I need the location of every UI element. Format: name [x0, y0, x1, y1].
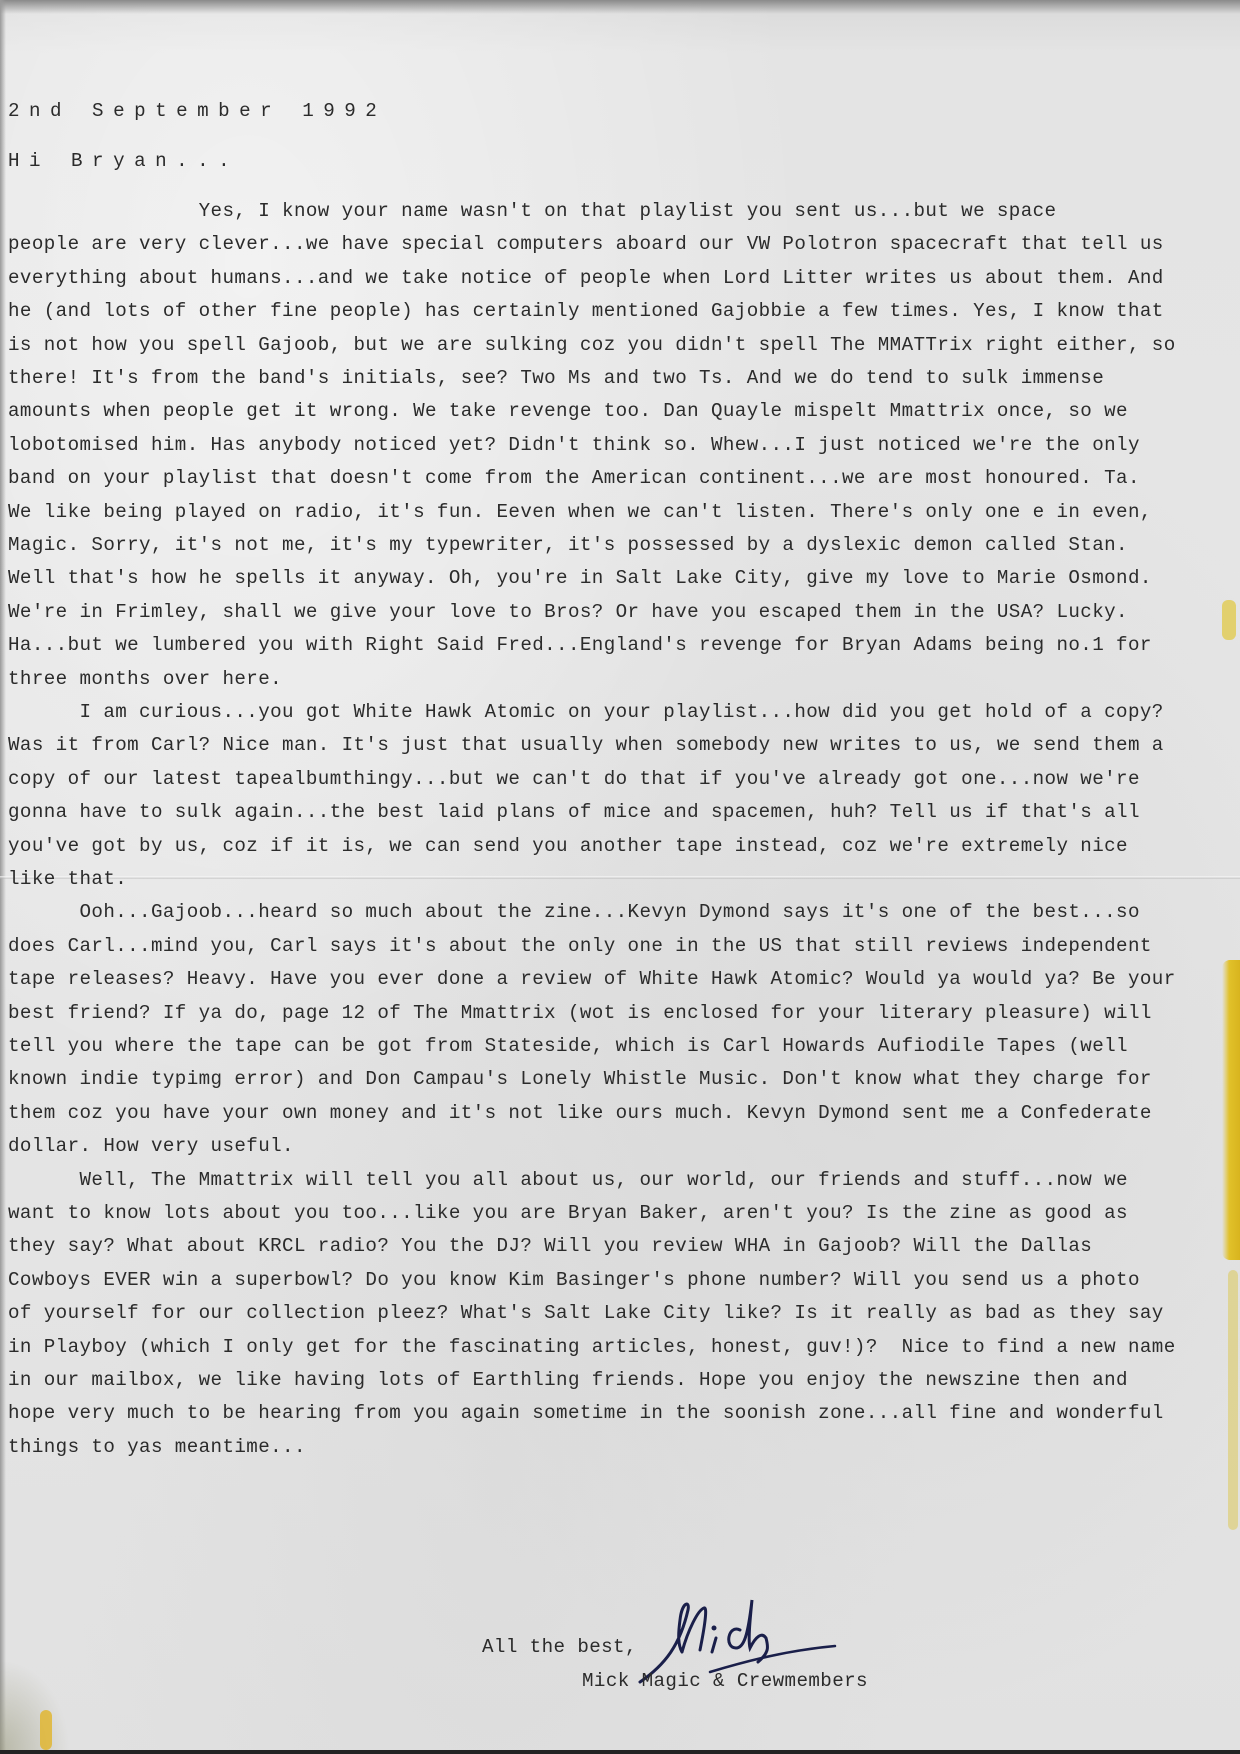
letter-line: they say? What about KRCL radio? You the…	[8, 1231, 1092, 1261]
corner-shadow	[0, 1660, 70, 1750]
letter-line: in our mailbox, we like having lots of E…	[8, 1365, 1128, 1395]
letter-line: band on your playlist that doesn't come …	[8, 463, 1140, 493]
letter-signer: Mick Magic & Crewmembers	[582, 1670, 868, 1692]
letter-line: amounts when people get it wrong. We tak…	[8, 396, 1128, 426]
letter-line: Well, The Mmattrix will tell you all abo…	[8, 1165, 1128, 1195]
letter-line: he (and lots of other fine people) has c…	[8, 296, 1164, 326]
letter-line: hope very much to be hearing from you ag…	[8, 1398, 1164, 1428]
letter-line: everything about humans...and we take no…	[8, 263, 1164, 293]
letter-line: tape releases? Heavy. Have you ever done…	[8, 964, 1176, 994]
letter-line: We like being played on radio, it's fun.…	[8, 497, 1152, 527]
letter-line: does Carl...mind you, Carl says it's abo…	[8, 931, 1152, 961]
letter-line: I am curious...you got White Hawk Atomic…	[8, 697, 1164, 727]
yellow-stain	[1222, 960, 1240, 1260]
yellow-stain	[40, 1710, 52, 1750]
letter-line: Cowboys EVER win a superbowl? Do you kno…	[8, 1265, 1140, 1295]
letter-line: Magic. Sorry, it's not me, it's my typew…	[8, 530, 1128, 560]
yellow-stain	[1222, 600, 1236, 640]
letter-line: there! It's from the band's initials, se…	[8, 363, 1104, 393]
letter-line: things to yas meantime...	[8, 1432, 306, 1462]
letter-line: is not how you spell Gajoob, but we are …	[8, 330, 1176, 360]
letter-line: like that.	[8, 864, 127, 894]
letter-line: known indie typimg error) and Don Campau…	[8, 1064, 1152, 1094]
letter-line: Ooh...Gajoob...heard so much about the z…	[8, 897, 1140, 927]
letter-page: 2nd September 1992 Hi Bryan... Yes, I kn…	[0, 0, 1240, 1754]
letter-line: Yes, I know your name wasn't on that pla…	[8, 196, 1056, 226]
letter-line: lobotomised him. Has anybody noticed yet…	[8, 430, 1140, 460]
letter-closing: All the best,	[482, 1636, 637, 1658]
letter-line: Well that's how he spells it anyway. Oh,…	[8, 563, 1152, 593]
letter-body: 2nd September 1992 Hi Bryan... Yes, I kn…	[8, 0, 1228, 132]
letter-line: dollar. How very useful.	[8, 1131, 294, 1161]
page-bottom-edge	[0, 1750, 1240, 1754]
letter-line: copy of our latest tapealbumthingy...but…	[8, 764, 1140, 794]
letter-line: want to know lots about you too...like y…	[8, 1198, 1128, 1228]
letter-line: three months over here.	[8, 664, 282, 694]
letter-line: gonna have to sulk again...the best laid…	[8, 797, 1140, 827]
letter-line: you've got by us, coz if it is, we can s…	[8, 831, 1128, 861]
yellow-stain	[1228, 1270, 1238, 1530]
letter-line: Ha...but we lumbered you with Right Said…	[8, 630, 1152, 660]
letter-line: of yourself for our collection pleez? Wh…	[8, 1298, 1164, 1328]
letter-salutation: Hi Bryan...	[8, 146, 239, 176]
paper-fold-crease	[0, 876, 1240, 879]
letter-line: people are very clever...we have special…	[8, 229, 1164, 259]
letter-date: 2nd September 1992	[8, 96, 386, 126]
letter-line: best friend? If ya do, page 12 of The Mm…	[8, 998, 1152, 1028]
letter-line: them coz you have your own money and it'…	[8, 1098, 1152, 1128]
letter-line: Was it from Carl? Nice man. It's just th…	[8, 730, 1164, 760]
letter-line: tell you where the tape can be got from …	[8, 1031, 1128, 1061]
letter-line: We're in Frimley, shall we give your lov…	[8, 597, 1128, 627]
letter-line: in Playboy (which I only get for the fas…	[8, 1332, 1176, 1362]
